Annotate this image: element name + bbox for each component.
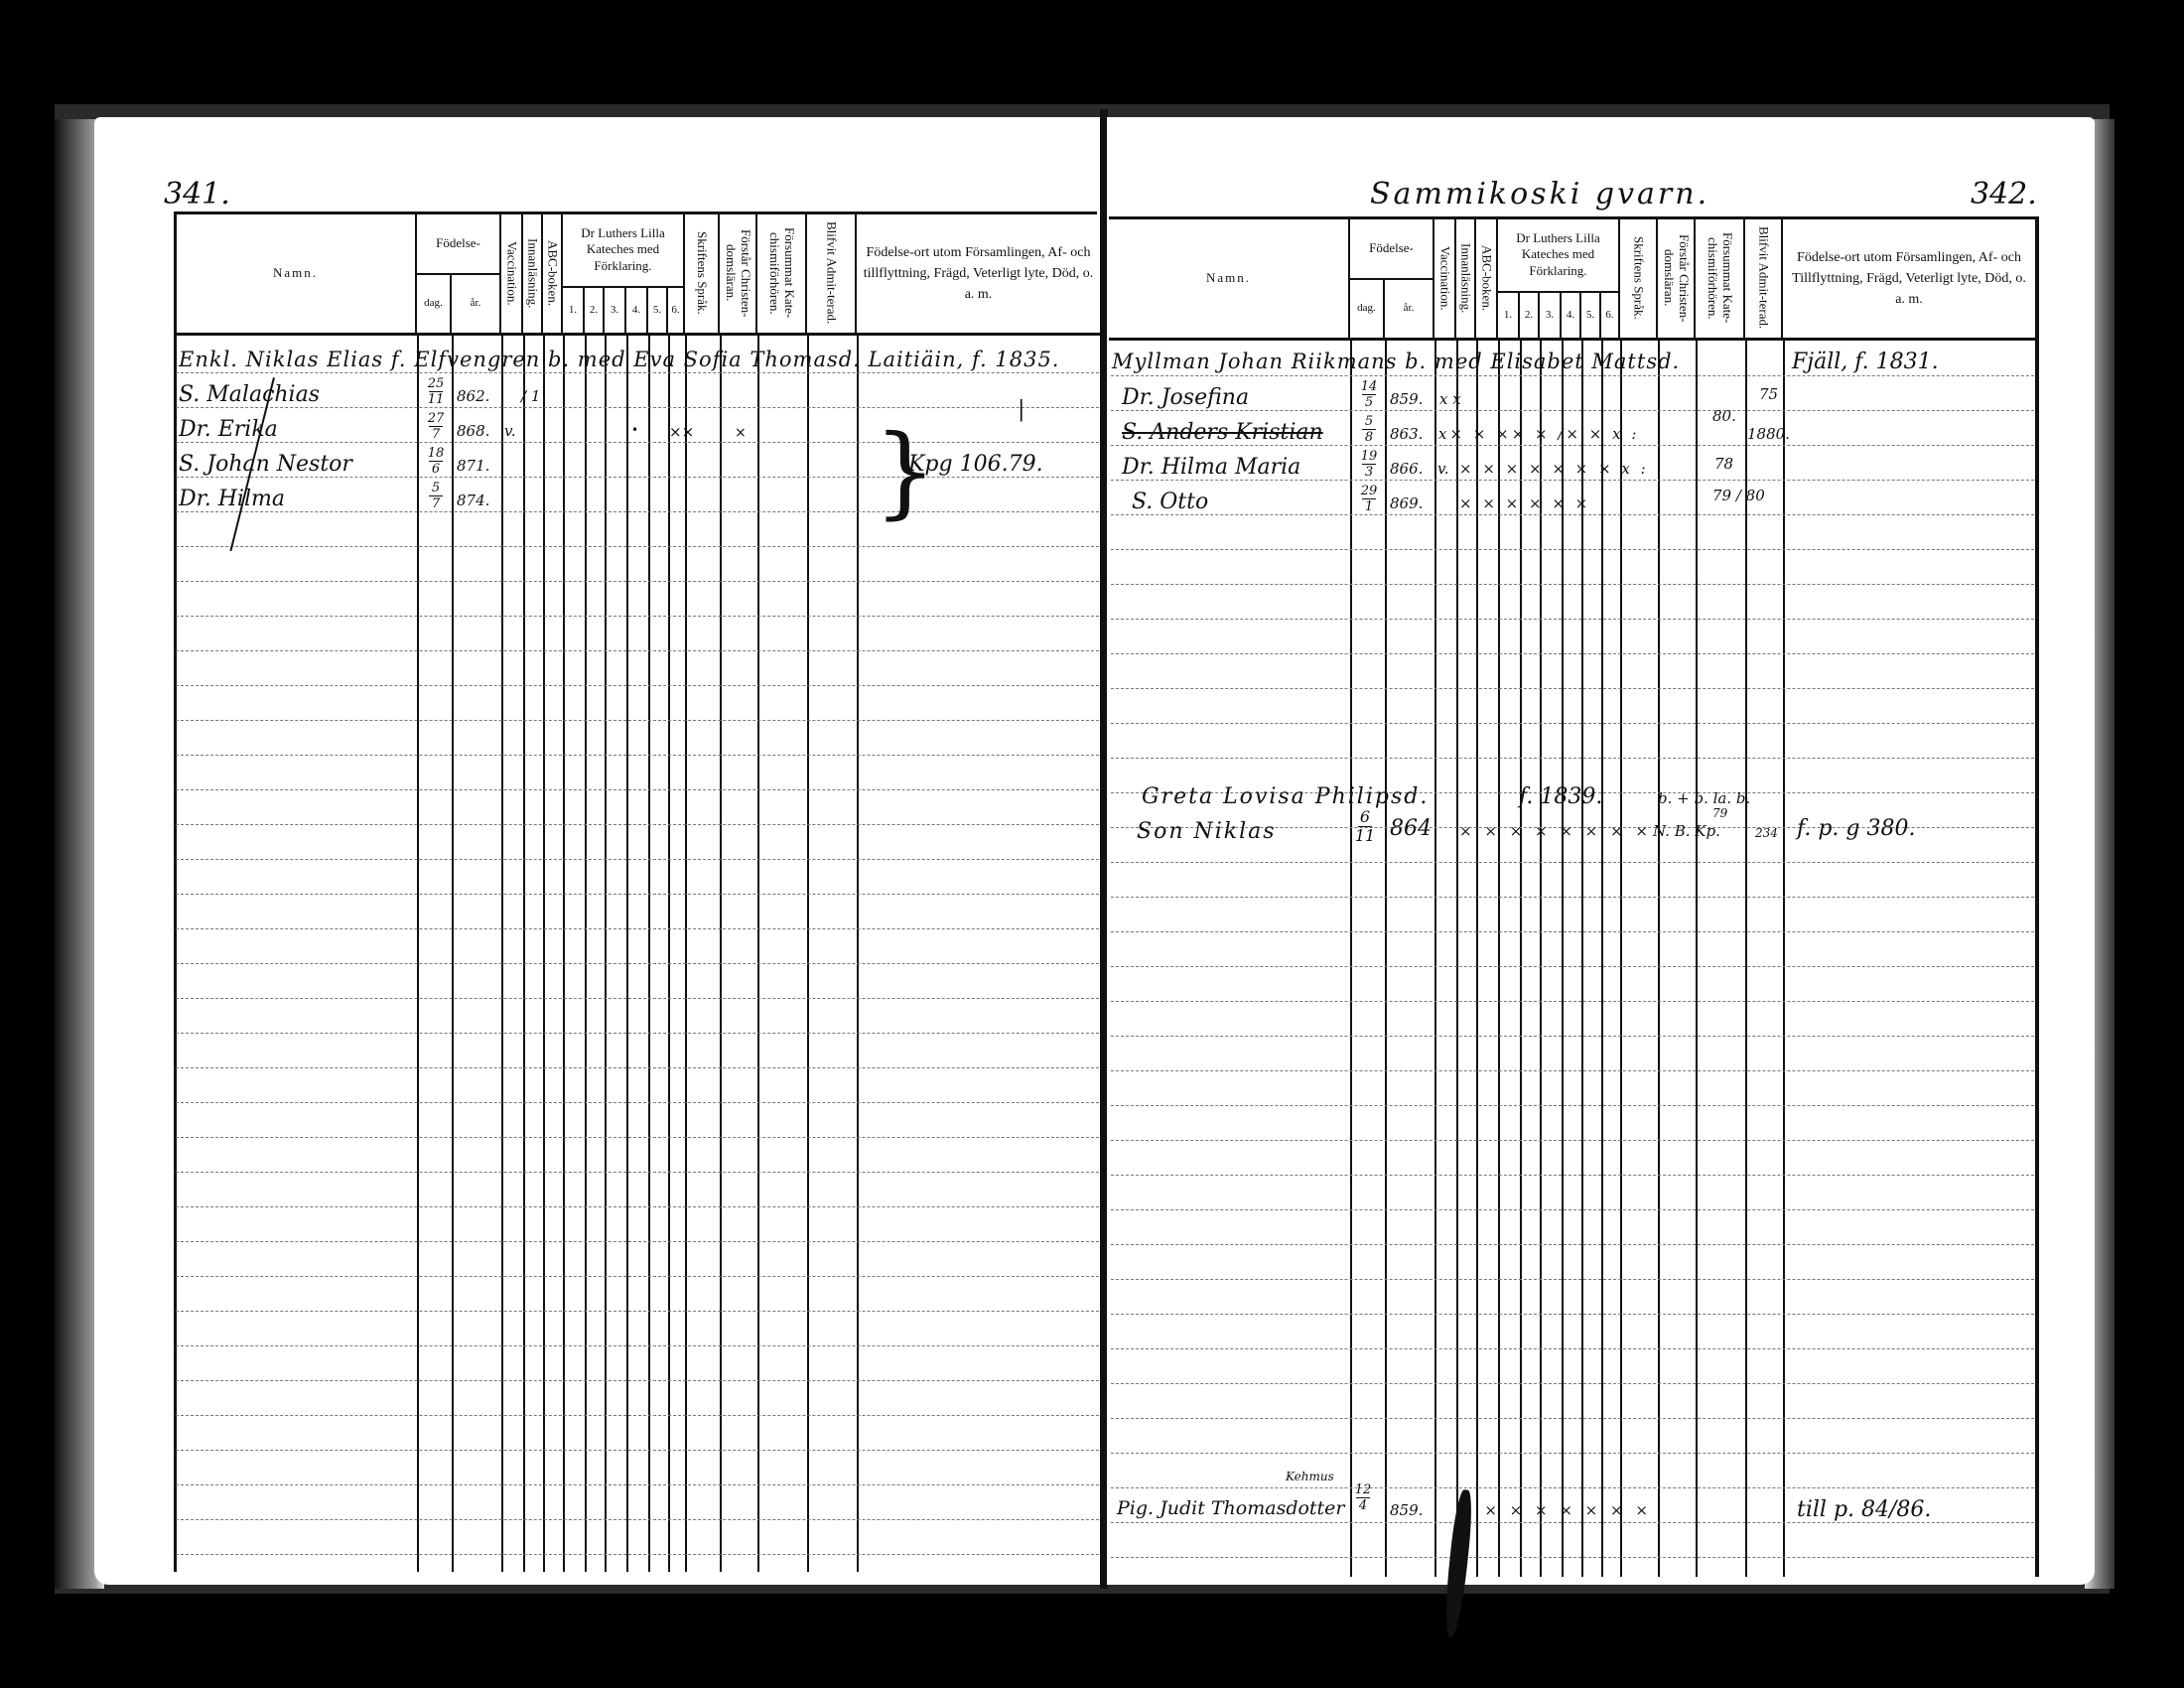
right-entry-head: Myllman Johan Riikmans b. med Elisabet M…	[1112, 350, 1680, 373]
cat-col-label: 4.	[1567, 309, 1574, 323]
right-col-rule	[1745, 341, 1747, 1577]
left-col-rule	[757, 336, 759, 1572]
ruled-line	[176, 616, 1099, 617]
ruled-line	[176, 1206, 1099, 1207]
right-mid-entry-name: Son Niklas	[1137, 819, 1277, 844]
ruled-line	[1111, 1557, 2034, 1558]
right-col-rule	[1540, 341, 1542, 1577]
right-header-forstar: Förstår Christen-domsläran.	[1658, 218, 1696, 341]
header-vaccination-label: Vaccination.	[504, 241, 519, 306]
right-entry-forsummat: 80.	[1712, 407, 1736, 425]
ruled-line	[176, 998, 1099, 999]
right-mid-entry-head: Greta Lovisa Philipsd.	[1142, 784, 1429, 809]
ruled-line	[176, 650, 1099, 651]
right-bottom-entry-date: 124	[1348, 1483, 1378, 1512]
left-entry-date: 277	[421, 412, 451, 441]
ruled-line	[176, 859, 1099, 860]
right-bottom-superscript: Kehmus	[1286, 1470, 1334, 1483]
left-header-forsummat: Försummat Kate-chismiförhören.	[757, 213, 807, 336]
header-remarks-label: Födelse-ort utom Församlingen, Af- och t…	[863, 242, 1094, 305]
ruled-line	[176, 1172, 1099, 1173]
ruled-line	[176, 720, 1099, 721]
ruled-line	[1111, 549, 2034, 550]
ruled-line	[1111, 1453, 2034, 1454]
header-forsummat-label: Försummat Kate-chismiförhören.	[1705, 218, 1734, 338]
ruled-line	[176, 824, 1099, 825]
right-bottom-entry-remark: till p. 84/86.	[1797, 1497, 1931, 1522]
cat-col-label: 1.	[569, 304, 577, 318]
right-col-rule	[1476, 341, 1478, 1577]
header-year-label: år.	[1404, 302, 1415, 316]
ruled-line	[176, 1276, 1099, 1277]
ruled-line	[176, 372, 1099, 373]
ruled-line	[1111, 619, 2034, 620]
cat-col-label: 1.	[1504, 309, 1512, 323]
ruled-line	[1111, 966, 2034, 967]
cat-col-label: 3.	[611, 304, 618, 318]
right-mid-entry-forsummat: 79	[1712, 806, 1727, 820]
ruled-line	[176, 1311, 1099, 1312]
ruled-line	[176, 1554, 1099, 1555]
header-skriftens-label: Skriftens Språk.	[1631, 236, 1646, 320]
left-entry-mark: ×	[735, 425, 747, 441]
header-catechism-label: Dr Luthers Lilla Kateches med Förklaring…	[567, 225, 679, 274]
header-abc-label: ABC-boken.	[1479, 245, 1494, 311]
right-entry-date: 58	[1354, 415, 1384, 444]
cat-col-label: 6.	[1605, 309, 1613, 323]
ruled-line	[1111, 514, 2034, 515]
left-entry-name: Dr. Hilma	[179, 487, 285, 511]
ruled-line	[176, 1519, 1099, 1520]
right-entry-head-remark: Fjäll, f. 1831.	[1792, 350, 1939, 374]
right-mid-entry-year: 864	[1390, 816, 1432, 841]
right-header-cat-4: 4.	[1562, 293, 1581, 341]
left-entry-year: 874.	[457, 492, 489, 509]
ruled-line	[176, 685, 1099, 686]
right-header-abc: ABC-boken.	[1476, 218, 1498, 341]
left-col-rule	[668, 336, 670, 1572]
right-header-birth-group: Födelse-	[1350, 218, 1434, 280]
ruled-line	[176, 581, 1099, 582]
left-remark-tick: |	[1018, 397, 1024, 422]
ruled-line	[176, 1033, 1099, 1034]
left-col-rule	[417, 336, 419, 1572]
left-header-cat-6: 6.	[668, 288, 685, 336]
ruled-line	[176, 511, 1099, 512]
left-col-rule	[857, 336, 859, 1572]
left-entry-date: 57	[421, 482, 451, 510]
right-col-rule	[1696, 341, 1698, 1577]
left-header-admitterad: Blifvit Admit-terad.	[807, 213, 857, 336]
ruled-line	[1111, 1487, 2034, 1488]
right-header-innanlasning: Innanläsning.	[1456, 218, 1476, 341]
header-name-label: Namn.	[273, 265, 318, 281]
right-entry-marks: x× × ×× × /× × x :	[1438, 425, 1639, 443]
cat-col-label: 3.	[1546, 309, 1554, 323]
left-col-rule	[563, 336, 565, 1572]
right-entry-date: 291	[1354, 485, 1384, 513]
ruled-line	[176, 477, 1099, 478]
ruled-line	[1111, 375, 2034, 376]
right-entry-year: 866.	[1390, 460, 1423, 478]
header-day-label: dag.	[1357, 302, 1376, 316]
header-birth-label: Födelse-	[436, 235, 480, 251]
header-day-label: dag.	[424, 297, 443, 311]
right-col-rule	[1385, 341, 1387, 1577]
left-entry-date: 186	[421, 447, 451, 476]
ruled-line	[1111, 758, 2034, 759]
left-header-skriftens-sprak: Skriftens Språk.	[685, 213, 720, 336]
left-header-cat-2: 2.	[585, 288, 605, 336]
right-header-birth-day: dag.	[1350, 280, 1385, 341]
right-entry-year: 863.	[1390, 425, 1423, 443]
left-col-rule	[626, 336, 628, 1572]
right-entry-forsummat: 78	[1714, 455, 1733, 473]
left-header-cat-4: 4.	[626, 288, 648, 336]
header-abc-label: ABC-boken.	[545, 240, 560, 306]
right-col-rule	[1562, 341, 1564, 1577]
left-col-rule	[685, 336, 687, 1572]
left-col-rule	[543, 336, 545, 1572]
ruled-line	[176, 963, 1099, 964]
header-skriftens-label: Skriftens Språk.	[694, 231, 709, 315]
right-header-forsummat: Försummat Kate-chismiförhören.	[1696, 218, 1745, 341]
right-header-cat-5: 5.	[1581, 293, 1601, 341]
ruled-line	[1111, 931, 2034, 932]
ruled-line	[1111, 1348, 2034, 1349]
ruled-line	[1111, 1036, 2034, 1037]
right-entry-name: Dr. Hilma Maria	[1122, 455, 1300, 480]
ruled-line	[176, 1484, 1099, 1485]
ruled-line	[1111, 1175, 2034, 1176]
ruled-line	[1111, 1209, 2034, 1210]
cat-col-label: 6.	[671, 304, 679, 318]
right-entry-marks: x x	[1439, 390, 1461, 408]
ruled-line	[176, 894, 1099, 895]
header-vaccination-label: Vaccination.	[1437, 246, 1452, 311]
ruled-line	[176, 1345, 1099, 1346]
right-entry-name: Dr. Josefina	[1122, 385, 1249, 410]
header-admitterad-label: Blifvit Admit-terad.	[1756, 226, 1771, 329]
right-header-remarks: Födelse-ort utom Församlingen, Af- och T…	[1783, 218, 2035, 341]
header-innanlasning-label: Innanläsning.	[1458, 243, 1473, 313]
right-col-rule	[1498, 341, 1500, 1577]
ruled-line	[176, 1067, 1099, 1068]
ruled-line	[176, 1102, 1099, 1103]
left-entry-name: S. Malachias	[179, 382, 320, 407]
right-page-number: 342.	[1971, 177, 2037, 211]
left-header-remarks: Födelse-ort utom Församlingen, Af- och t…	[857, 213, 1100, 336]
parish-header: Sammikoski gvarn.	[1370, 177, 1709, 211]
ruled-line	[176, 1380, 1099, 1381]
left-remark: Kpg 106.79.	[908, 452, 1043, 477]
right-entry-date: 193	[1354, 450, 1384, 479]
left-header-name: Namn.	[176, 213, 417, 336]
right-header-cat-2: 2.	[1520, 293, 1540, 341]
ruled-line	[1111, 723, 2034, 724]
left-header-abc: ABC-boken.	[543, 213, 563, 336]
left-entry-date: 2511	[421, 377, 451, 406]
right-mid-entry-marks: × × × × × × × ×	[1459, 822, 1652, 840]
right-header-name: Namn.	[1109, 218, 1350, 341]
cat-col-label: 2.	[1525, 309, 1533, 323]
ruled-line	[1111, 584, 2034, 585]
right-entry-marks: × × × × × ×	[1459, 494, 1590, 512]
ruled-line	[1111, 862, 2034, 863]
ruled-line	[176, 1241, 1099, 1242]
header-admitterad-label: Blifvit Admit-terad.	[824, 221, 839, 324]
header-innanlasning-label: Innanläsning.	[525, 238, 540, 308]
ruled-line	[1111, 1070, 2034, 1071]
cat-col-label: 4.	[632, 304, 640, 318]
ruled-line	[1111, 1140, 2034, 1141]
left-entry-mark: •	[631, 423, 638, 437]
right-header-admitterad: Blifvit Admit-terad.	[1745, 218, 1783, 341]
right-col-rule	[1783, 341, 1785, 1577]
right-entry-admitted: 75	[1759, 385, 1778, 403]
left-col-rule	[605, 336, 607, 1572]
right-entry-marks: × × × × × × × x :	[1459, 460, 1649, 478]
ruled-line	[1111, 653, 2034, 654]
right-col-rule	[1520, 341, 1522, 1577]
left-header-forstar: Förstår Christen-domsläran.	[720, 213, 757, 336]
right-mid-entry-remark: f. p. g 380.	[1797, 816, 1915, 841]
left-col-rule	[452, 336, 454, 1572]
right-entry-vaccination: v.	[1437, 460, 1448, 478]
left-col-rule	[807, 336, 809, 1572]
ruled-line	[1111, 1105, 2034, 1106]
left-entry-year: 862.	[457, 387, 489, 405]
header-forstar-label: Förstår Christen-domsläran.	[1661, 218, 1691, 338]
left-ledger-border	[174, 211, 177, 1572]
right-mid-entry-admitted: 234	[1755, 826, 1778, 840]
ruled-line	[176, 442, 1099, 443]
left-col-rule	[523, 336, 525, 1572]
left-entry-head: Enkl. Niklas Elias f. Elfvengren b. med …	[179, 348, 1059, 371]
left-header-vaccination: Vaccination.	[501, 213, 523, 336]
right-col-rule	[1620, 341, 1622, 1577]
left-header-birth-group: Födelse-	[417, 213, 501, 275]
left-entry-mark: ××	[669, 423, 694, 441]
left-entry-year: 868.	[457, 422, 489, 440]
left-entry-name: Dr. Erika	[179, 417, 278, 442]
header-name-label: Namn.	[1206, 270, 1251, 286]
right-header-skriftens-sprak: Skriftens Språk.	[1620, 218, 1658, 341]
right-header-cat-1: 1.	[1498, 293, 1520, 341]
ruled-line	[1111, 1244, 2034, 1245]
left-col-rule	[648, 336, 650, 1572]
cat-col-label: 2.	[590, 304, 598, 318]
left-col-rule	[720, 336, 722, 1572]
ruled-line	[1111, 410, 2034, 411]
header-forsummat-label: Försummat Kate-chismiförhören.	[766, 213, 796, 333]
ruled-line	[1111, 1383, 2034, 1384]
left-header-cat-3: 3.	[605, 288, 626, 336]
cat-col-label: 5.	[653, 304, 661, 318]
ruled-line	[1111, 1279, 2034, 1280]
right-col-rule	[1581, 341, 1583, 1577]
right-header-catechism-group: Dr Luthers Lilla Kateches med Förklaring…	[1498, 218, 1620, 293]
header-year-label: år.	[471, 297, 481, 311]
right-entry-forsummat: 79 / 80	[1712, 487, 1765, 504]
left-entry-vaccination: v.	[504, 422, 515, 440]
right-entry-year: 859.	[1390, 390, 1423, 408]
header-remarks-label: Födelse-ort utom Församlingen, Af- och T…	[1789, 247, 2029, 310]
left-header-birth-day: dag.	[417, 275, 452, 336]
ruled-line	[176, 407, 1099, 408]
right-col-rule	[1434, 341, 1436, 1577]
ruled-line	[1111, 1001, 2034, 1002]
ruled-line	[176, 1415, 1099, 1416]
left-header-cat-1: 1.	[563, 288, 585, 336]
ruled-line	[1111, 480, 2034, 481]
right-col-rule	[1658, 341, 1660, 1577]
right-ledger-border	[2035, 216, 2039, 1577]
right-bottom-entry-name: Pig. Judit Thomasdotter	[1117, 1497, 1345, 1519]
right-entry-name: S. Otto	[1132, 490, 1208, 514]
ruled-line	[1111, 897, 2034, 898]
ruled-line	[176, 546, 1099, 547]
right-col-rule	[1601, 341, 1603, 1577]
ruled-line	[1111, 1314, 2034, 1315]
right-bottom-entry-year: 859.	[1390, 1501, 1423, 1519]
right-col-rule	[1456, 341, 1458, 1577]
header-catechism-label: Dr Luthers Lilla Kateches med Förklaring…	[1502, 230, 1614, 279]
ruled-line	[1111, 688, 2034, 689]
left-ledger	[174, 211, 1097, 1572]
ruled-line	[176, 1137, 1099, 1138]
left-header-innanlasning: Innanläsning.	[523, 213, 543, 336]
right-header-cat-6: 6.	[1601, 293, 1620, 341]
ruled-line	[1111, 1522, 2034, 1523]
right-entry-year: 869.	[1390, 494, 1423, 512]
ruled-line	[176, 1450, 1099, 1451]
right-mid-entry-catnote: N. B. Kp.	[1653, 822, 1720, 840]
ruled-line	[1111, 1418, 2034, 1419]
ruled-line	[176, 928, 1099, 929]
right-mid-entry-catnote: b. + b. la. b.	[1658, 789, 1750, 807]
right-header-vaccination: Vaccination.	[1434, 218, 1456, 341]
right-mid-entry-birth: f. 1839.	[1519, 784, 1602, 809]
right-entry-name-struck: S. Anders Kristian	[1122, 420, 1323, 445]
right-entry-admitted: 1880.	[1747, 425, 1790, 443]
left-col-rule	[501, 336, 503, 1572]
ruled-line	[176, 789, 1099, 790]
left-entry-year: 871.	[457, 457, 489, 475]
header-forstar-label: Förstår Christen-domsläran.	[723, 213, 752, 333]
right-col-rule	[1350, 341, 1352, 1577]
left-header-cat-5: 5.	[648, 288, 668, 336]
left-header-catechism-group: Dr Luthers Lilla Kateches med Förklaring…	[563, 213, 685, 288]
ruled-line	[1111, 445, 2034, 446]
left-col-rule	[585, 336, 587, 1572]
left-header-birth-year: år.	[452, 275, 501, 336]
cat-col-label: 5.	[1586, 309, 1594, 323]
left-entry-name: S. Johan Nestor	[179, 452, 352, 477]
left-entry-marks: / 1	[521, 387, 540, 405]
right-mid-entry-date: 611	[1350, 809, 1380, 844]
left-page-number: 341.	[164, 177, 230, 211]
right-header-cat-3: 3.	[1540, 293, 1562, 341]
right-header-birth-year: år.	[1385, 280, 1434, 341]
header-birth-label: Födelse-	[1369, 240, 1414, 256]
right-entry-date: 145	[1354, 380, 1384, 409]
ruled-line	[176, 755, 1099, 756]
right-bottom-entry-marks: × × × × × × × ×	[1459, 1501, 1652, 1519]
